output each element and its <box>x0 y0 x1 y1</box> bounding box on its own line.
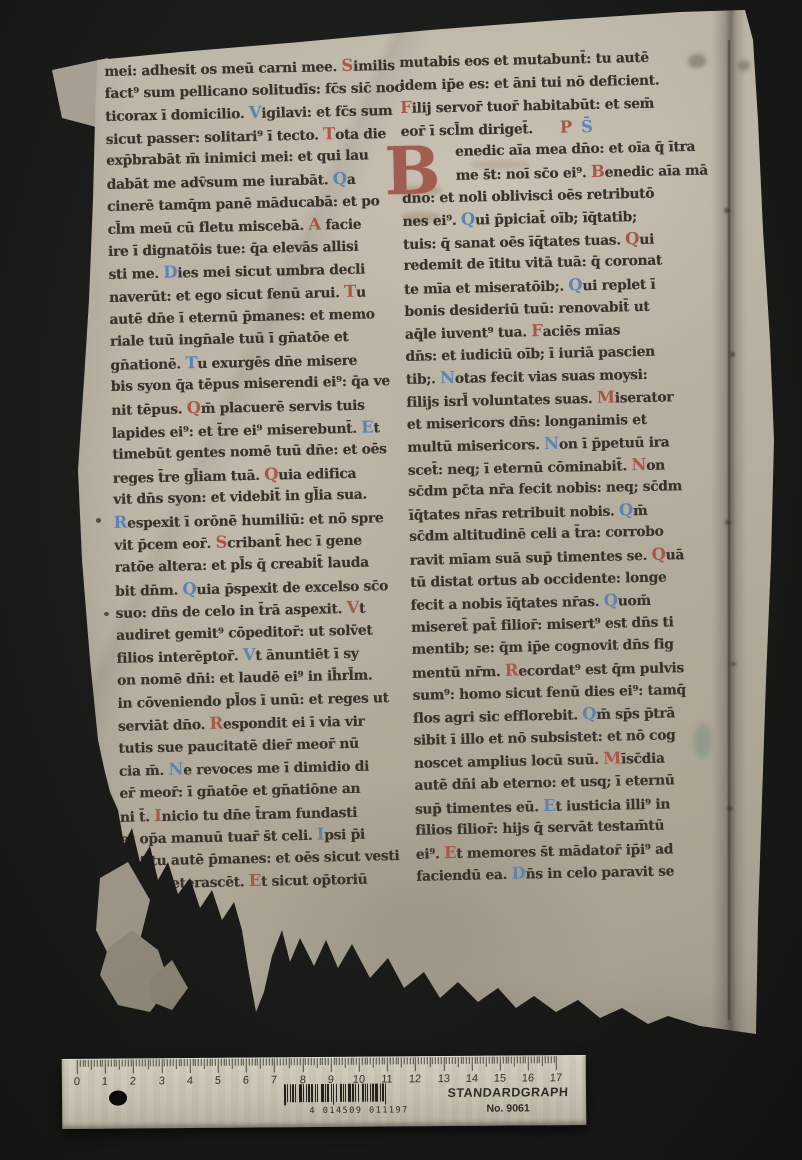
manuscript-text: ticorax ī domicilio. <box>105 106 249 125</box>
stain <box>104 612 109 616</box>
manuscript-text: ire ī dignatōis tue: q̄a elevās allisi <box>108 238 359 259</box>
ruler-tick <box>503 1057 504 1064</box>
manuscript-text: t iusticia illi⁹ in <box>555 796 670 814</box>
versal-initial: S <box>341 56 353 75</box>
ruler-cm-label: 16 <box>518 1072 539 1084</box>
ruler-tick <box>474 1057 475 1064</box>
ruler-tick <box>387 1057 388 1071</box>
manuscript-text: vit dn̄s syon: et videbit̄ in gl̄ia sua. <box>113 487 367 508</box>
manuscript-text: reges t̄re gl̄iam tuā. <box>113 467 265 486</box>
ruler-tick <box>401 1057 402 1067</box>
manuscript-text: audiret gemit⁹ cōpeditor̄: ut solv̄et <box>116 622 373 643</box>
manuscript-text: sc̄dm pc̄ta nr̄a fecit nobis: neq; sc̄dm <box>408 478 682 500</box>
manuscript-text: espexit ī orōnē humiliū: et nō spre <box>127 510 383 531</box>
barcode-bar <box>287 1084 288 1102</box>
manuscript-text: ies mei sicut umbra decli <box>177 262 365 282</box>
versal-initial: Q <box>568 275 582 294</box>
versal-initial: Q <box>186 398 200 417</box>
manuscript-text: t <box>373 420 379 436</box>
ruler-tick <box>378 1058 379 1065</box>
ruler-tick <box>178 1059 179 1066</box>
ruler-tick <box>393 1057 394 1064</box>
manuscript-text: scet̄: neq; ī eternū cōminabit̄. <box>408 458 632 479</box>
manuscript-text: mutabis eos et mutabunt̄: tu autē <box>399 50 649 71</box>
ruler-tick <box>364 1058 365 1065</box>
ruler-tick <box>105 1060 106 1074</box>
manuscript-text: exp̄brabāt m̄ inimici mei: et qui lau <box>106 148 369 169</box>
ruler-tick <box>347 1058 348 1065</box>
ruler-tick <box>192 1059 193 1066</box>
versal-initial: E <box>444 843 457 862</box>
manuscript-text: ravit mīam suā sup̄ timentes se. <box>409 548 651 569</box>
manuscript-text: vit p̄cem eor̄. <box>114 536 216 554</box>
barcode-bar <box>290 1084 291 1102</box>
versal-initial: N <box>544 434 559 453</box>
manuscript-text: redemit de ītitu vitā tuā: q̄ coronat <box>403 253 662 274</box>
ruler-cm-label: 0 <box>67 1076 88 1088</box>
ruler-tick <box>342 1058 343 1065</box>
manuscript-text: sc̄dm altitudinē celi a t̄ra: corrobo <box>409 524 664 545</box>
manuscript-text: u <box>356 285 366 301</box>
ruler-tick <box>173 1059 174 1066</box>
versal-initial: S <box>215 533 227 552</box>
ruler-tick <box>257 1059 258 1066</box>
manuscript-text: autē dn̄e ī eternū p̄manes: et memo <box>109 306 374 328</box>
ruler-tick <box>424 1057 425 1064</box>
manuscript-text: m̄ placuerē servis tuis <box>201 398 365 417</box>
manuscript-text: e revoces me ī dimidio di <box>183 759 369 779</box>
ruler-tick <box>455 1057 456 1064</box>
manuscript-text: filijs isrl̄ voluntates suas. <box>406 391 597 411</box>
ruler-tick <box>218 1059 219 1073</box>
ruler-tick <box>491 1057 492 1064</box>
barcode-bar <box>367 1084 368 1102</box>
manuscript-text: aciēs mīas <box>542 323 620 341</box>
ruler-tick <box>336 1058 337 1065</box>
ruler-tick <box>517 1056 518 1063</box>
ruler-tick <box>167 1059 168 1066</box>
ruler-scale: 01234567891011121314151617 <box>62 1055 586 1059</box>
ruler-tick <box>136 1059 137 1066</box>
manuscript-text: igilavi: et fc̄s sum <box>261 103 392 122</box>
ruler-tick <box>170 1059 171 1066</box>
ruler-tick <box>373 1058 374 1068</box>
manuscript-line: mēta veterascēt. Et sicut op̄toriū <box>121 867 413 896</box>
ruler-tick <box>280 1058 281 1065</box>
manuscript-text: bonis desideriū tuū: renovabit̄ ut <box>404 298 649 319</box>
ruler-tick <box>466 1057 467 1064</box>
ruler-tick <box>339 1058 340 1065</box>
ruler-tick <box>525 1056 526 1063</box>
barcode-bar <box>372 1084 374 1102</box>
barcode-bar <box>333 1084 334 1105</box>
versal-initial: Q <box>603 591 617 610</box>
stain <box>738 60 750 71</box>
barcode-bar <box>292 1084 294 1102</box>
ruler-tick <box>353 1058 354 1065</box>
ruler-tick <box>80 1060 81 1067</box>
manuscript-text: īsc̄dia <box>621 751 665 768</box>
ruler-tick <box>254 1059 255 1066</box>
ruler-tick <box>212 1059 213 1066</box>
manuscript-text: cribant̄ hec ī gene <box>227 533 362 552</box>
ruler-tick <box>452 1057 453 1064</box>
ruler-tick <box>311 1058 312 1065</box>
manuscript-text: et op̄a manuū tuar̄ s̄t celi. <box>120 828 317 848</box>
ruler-tick <box>446 1057 447 1064</box>
ruler-tick <box>550 1056 551 1063</box>
barcode-bar <box>306 1084 307 1102</box>
ruler-tick <box>161 1059 162 1073</box>
ruler-cm-label: 1 <box>95 1076 116 1088</box>
ruler-tick <box>477 1057 478 1064</box>
ruler-tick <box>243 1059 244 1066</box>
manuscript-text: espondit ei ī via vir <box>223 714 365 733</box>
ruler-hole <box>109 1091 127 1106</box>
stain <box>96 518 101 523</box>
manuscript-text: tuis: q̄ sanat oēs īq̄tates tuas. <box>403 232 626 253</box>
versal-initial: Q <box>651 545 665 564</box>
ruler-brand-block: STANDARDGRAPH No. 9061 <box>434 1085 582 1115</box>
versal-initial: T <box>185 353 197 372</box>
manuscript-text: tū distat ortus ab occidente: longe <box>410 569 667 590</box>
ruler-tick <box>472 1057 473 1071</box>
ruler-tick <box>390 1057 391 1064</box>
ruler-cm-label: 2 <box>123 1075 144 1087</box>
ruler-tick <box>494 1057 495 1064</box>
ruler-cm-label: 13 <box>433 1073 454 1085</box>
ruler-tick <box>133 1059 134 1073</box>
manuscript-text: t ānuntiēt ī sy <box>255 646 358 664</box>
ruler-tick <box>277 1058 278 1065</box>
versal-initial: M <box>597 387 615 406</box>
ruler-tick <box>175 1059 176 1069</box>
manuscript-text: gn̄ationē. <box>110 356 185 374</box>
manuscript-text: ni t̄. <box>120 809 155 826</box>
ruler-tick <box>497 1057 498 1064</box>
versal-initial: B <box>591 162 605 181</box>
pigment-smudge <box>56 532 66 554</box>
barcode-bar <box>370 1084 371 1102</box>
manuscript-text: filios interēptor̄. <box>116 649 243 668</box>
manuscript-text: ui replet ī <box>582 277 655 295</box>
ruler-tick <box>266 1058 267 1065</box>
manuscript-text: ota die <box>335 126 386 143</box>
ruler-tick <box>370 1058 371 1065</box>
ruler-tick <box>116 1060 117 1067</box>
ruler-tick <box>260 1058 261 1068</box>
ruler-tick <box>283 1058 284 1065</box>
ruler-tick <box>226 1059 227 1066</box>
manuscript-text: sicut passer: solitari⁹ ī tecto. <box>106 127 324 148</box>
ruler-cm-label: 4 <box>179 1075 200 1087</box>
barcode-bars <box>284 1083 434 1105</box>
ruler-tick <box>153 1059 154 1066</box>
ruler-tick <box>119 1060 120 1070</box>
ruler-cm-label: 15 <box>490 1073 511 1085</box>
ruler-tick <box>237 1059 238 1066</box>
versal-initial: F <box>531 321 543 340</box>
manuscript-text: nicio tu dn̄e t̄ram fundasti <box>161 804 357 824</box>
ruler-tick <box>469 1057 470 1064</box>
ruler-tick <box>305 1058 306 1065</box>
ruler-tick <box>359 1058 360 1072</box>
manuscript-text: bit dn̄m. <box>115 582 183 599</box>
ruler-tick <box>235 1059 236 1066</box>
manuscript-text: noscet amplius locū suū. <box>414 752 604 772</box>
ruler-tick <box>398 1057 399 1064</box>
ruler-tick <box>252 1059 253 1066</box>
ruler-cm-label: 7 <box>264 1074 285 1086</box>
ruler-tick <box>204 1059 205 1069</box>
ruler-tick <box>333 1058 334 1065</box>
ruler-tick <box>556 1056 557 1070</box>
manuscript-text: me s̄t: noī sc̄o ei⁹. <box>455 165 591 184</box>
ruler-tick <box>229 1059 230 1066</box>
ruler-tick <box>384 1058 385 1065</box>
manuscript-text: et misericors dn̄s: longanimis et <box>407 411 647 432</box>
ruler-cm-label: 6 <box>236 1075 257 1087</box>
ruler-tick <box>381 1058 382 1065</box>
ruler-tick <box>111 1060 112 1067</box>
manuscript-text: lapides ei⁹: et t̄re ei⁹ miserebunt̄. <box>112 420 362 441</box>
versal-initial: V <box>346 598 359 617</box>
ruler-tick <box>463 1057 464 1064</box>
manuscript-text: ei⁹. <box>416 846 445 863</box>
ruler-tick <box>88 1060 89 1067</box>
ruler-tick <box>198 1059 199 1066</box>
versal-initial: Q <box>333 169 347 188</box>
ruler-tick <box>308 1058 309 1065</box>
ruler-tick <box>291 1058 292 1065</box>
ruler-tick <box>184 1059 185 1066</box>
versal-initial: R <box>113 512 127 531</box>
photo-stage: mei: adhesit os meū carni mee. Similisfa… <box>0 0 802 1160</box>
barcode-bar <box>321 1084 324 1102</box>
drop-cap-initial: B <box>384 139 441 202</box>
ruler-tick <box>542 1056 543 1066</box>
versal-initial: D <box>511 864 525 883</box>
manuscript-text: uia p̄spexit de excelso sc̄o <box>196 578 388 598</box>
ruler-tick <box>215 1059 216 1066</box>
ruler-tick <box>528 1056 529 1070</box>
ruler-tick <box>534 1056 535 1063</box>
manuscript-text: t memores s̄t mādator̄ ip̄i⁹ ad <box>456 841 673 862</box>
ruler-tick <box>331 1058 332 1072</box>
barcode-bar <box>299 1084 302 1102</box>
ruler-tick <box>319 1058 320 1065</box>
binding-seam-line <box>728 40 730 1020</box>
manuscript-text: mentū nr̄m. <box>412 664 505 682</box>
manuscript-text: ecordat⁹ est q̄m pulvis <box>518 660 684 679</box>
manuscript-text: uom̄ <box>618 593 651 610</box>
barcode-bar <box>284 1084 286 1105</box>
versal-initial: E <box>543 795 556 814</box>
ruler-tick <box>314 1058 315 1065</box>
manuscript-text: filios filior̄: hijs q̄ servāt testam̄tū <box>415 818 664 839</box>
versal-initial: S̄ <box>581 117 593 136</box>
ruler-tick <box>435 1057 436 1064</box>
ruler-tick <box>209 1059 210 1066</box>
ruler-tick <box>142 1059 143 1066</box>
text-column-right: B mutabis eos et mutabunt̄: tu autēidem … <box>399 46 718 888</box>
manuscript-text: u exurgēs dn̄e misere <box>197 352 357 371</box>
ruler-tick <box>395 1057 396 1064</box>
ruler-tick <box>415 1057 416 1071</box>
ruler-tick <box>316 1058 317 1068</box>
ruler-tick <box>457 1057 458 1067</box>
ruler-tick <box>85 1060 86 1067</box>
ruler-tick <box>488 1057 489 1064</box>
ruler-cm-label: 17 <box>546 1072 567 1084</box>
barcode-bar <box>315 1084 316 1102</box>
barcode-bar <box>327 1084 329 1102</box>
ruler-tick <box>480 1057 481 1064</box>
manuscript-text: cinerē tamq̄m panē māducabā: et po <box>107 193 380 215</box>
manuscript-text: ilij servor̄ tuor̄ habitabūt: et sem̄ <box>411 96 654 117</box>
barcode-bar <box>317 1084 318 1102</box>
ruler-tick <box>268 1058 269 1065</box>
ruler-tick <box>187 1059 188 1066</box>
ruler-tick <box>271 1058 272 1065</box>
barcode-bar <box>380 1084 381 1102</box>
manuscript-text: sum⁹: homo sicut fenū dies ei⁹: tamq̄ <box>412 682 686 704</box>
manuscript-text: iserator <box>615 389 674 406</box>
ruler-tick <box>240 1059 241 1066</box>
versal-initial: E <box>361 417 374 436</box>
versal-initial: E <box>249 871 262 890</box>
ruler-tick <box>297 1058 298 1065</box>
text-column-left: mei: adhesit os meū carni mee. Similisfa… <box>104 54 413 896</box>
stain <box>731 662 736 666</box>
ruler-tick <box>328 1058 329 1065</box>
versal-initial: N <box>168 760 183 779</box>
manuscript-text: īq̄tates nr̄as retribuit nobis. <box>409 503 620 523</box>
ruler-tick <box>548 1056 549 1063</box>
ruler-tick <box>500 1057 501 1071</box>
barcode-bar <box>375 1084 378 1102</box>
ruler-tick <box>356 1058 357 1065</box>
ruler-tick <box>249 1059 250 1066</box>
ruler-tick <box>127 1060 128 1067</box>
ruler-tick <box>147 1059 148 1069</box>
manuscript-text: facie <box>321 217 362 234</box>
barcode-bar <box>325 1084 326 1102</box>
manuscript-text: naverūt: et ego sicut fenū arui. <box>109 285 344 306</box>
manuscript-text: tib;. <box>406 372 440 389</box>
manuscript-text: imilis <box>353 58 395 75</box>
versal-initial: R <box>209 714 223 733</box>
versal-initial: T <box>344 282 356 301</box>
barcode-bar <box>345 1084 346 1102</box>
ruler-tick <box>164 1059 165 1066</box>
ruler-brand: STANDARDGRAPH <box>434 1085 583 1100</box>
manuscript-text: riale tuū ingn̄ale tuū ī gn̄atōe et <box>110 329 349 350</box>
ruler-tick <box>508 1057 509 1064</box>
ruler-tick <box>438 1057 439 1064</box>
ruler-tick <box>412 1057 413 1064</box>
ruler-tick <box>407 1057 408 1064</box>
ruler-tick <box>362 1058 363 1065</box>
manuscript-text: m̄ <box>633 503 648 519</box>
versal-initial: T <box>323 124 335 143</box>
manuscript-text: mentib; se: q̄m ip̄e cognovit dn̄s fig <box>411 637 673 658</box>
stain <box>730 352 735 357</box>
ruler-tick <box>125 1060 126 1067</box>
ruler-tick <box>77 1060 78 1074</box>
ruler-tick <box>144 1059 145 1066</box>
ruler-tick <box>232 1059 233 1069</box>
ruler-tick <box>553 1056 554 1063</box>
ruler-tick <box>376 1058 377 1065</box>
ruler-tick <box>285 1058 286 1065</box>
manuscript-text: m̄ sp̄s p̄trā <box>596 706 675 724</box>
manuscript-text: fecit a nobis īq̄tates nr̄as. <box>410 594 603 614</box>
manuscript-text: aq̄le iuvent⁹ tua. <box>405 324 532 343</box>
ruler-tick <box>82 1060 83 1067</box>
barcode-bar <box>362 1084 364 1102</box>
manuscript-text: a <box>347 172 356 188</box>
barcode-bar <box>295 1084 296 1102</box>
ruler-tick <box>94 1060 95 1067</box>
ruler-tick <box>302 1058 303 1072</box>
manuscript-text: psi p̄i <box>324 827 365 844</box>
ruler-tick <box>531 1056 532 1063</box>
ruler-tick <box>113 1060 114 1067</box>
ruler-tick <box>449 1057 450 1064</box>
ruler-tick <box>206 1059 207 1066</box>
ruler-tick <box>156 1059 157 1066</box>
ruler-tick <box>514 1057 515 1067</box>
versal-initial: F <box>400 98 412 117</box>
ruler-tick <box>96 1060 97 1067</box>
barcode-bar <box>382 1084 384 1102</box>
ruler-tick <box>288 1058 289 1068</box>
ruler-tick <box>418 1057 419 1064</box>
ruler-tick <box>460 1057 461 1064</box>
versal-initial: A <box>308 215 321 234</box>
ruler-tick <box>91 1060 92 1070</box>
ruler-tick <box>421 1057 422 1064</box>
ruler-tick <box>150 1059 151 1066</box>
versal-initial: P <box>560 117 573 136</box>
ruler-tick <box>299 1058 300 1065</box>
versal-initial: Q <box>264 464 278 483</box>
ruler-tick <box>181 1059 182 1066</box>
barcode-bar <box>352 1084 354 1102</box>
ruler-tick <box>440 1057 441 1064</box>
manuscript-text: fact⁹ sum pellicano solitudīs: fc̄s sic̄… <box>105 79 403 101</box>
manuscript-text: nit tēpus. <box>111 401 187 419</box>
versal-initial: R <box>505 661 519 680</box>
barcode: 4 014509 011197 <box>284 1083 434 1118</box>
barcode-bar <box>331 1084 332 1102</box>
manuscript-text: t sicut op̄toriū <box>261 872 368 890</box>
versal-initial: Q <box>461 210 475 229</box>
manuscript-text: sup̄ timentes eū. <box>415 799 544 818</box>
ruler-tick <box>429 1057 430 1067</box>
barcode-digits: 4 014509 011197 <box>284 1105 434 1116</box>
versal-initial: Q <box>582 704 596 723</box>
barcode-bar <box>303 1084 304 1102</box>
ruler-tick <box>404 1057 405 1064</box>
ruler-tick <box>263 1058 264 1065</box>
manuscript-text: sti me. <box>108 266 163 283</box>
manuscript-text: suo: dn̄s de celo in t̄rā aspexit. <box>115 601 346 622</box>
ruler-tick <box>294 1058 295 1065</box>
manuscript-text: ui <box>639 231 654 247</box>
manuscript-text: uia edifica <box>278 466 356 484</box>
